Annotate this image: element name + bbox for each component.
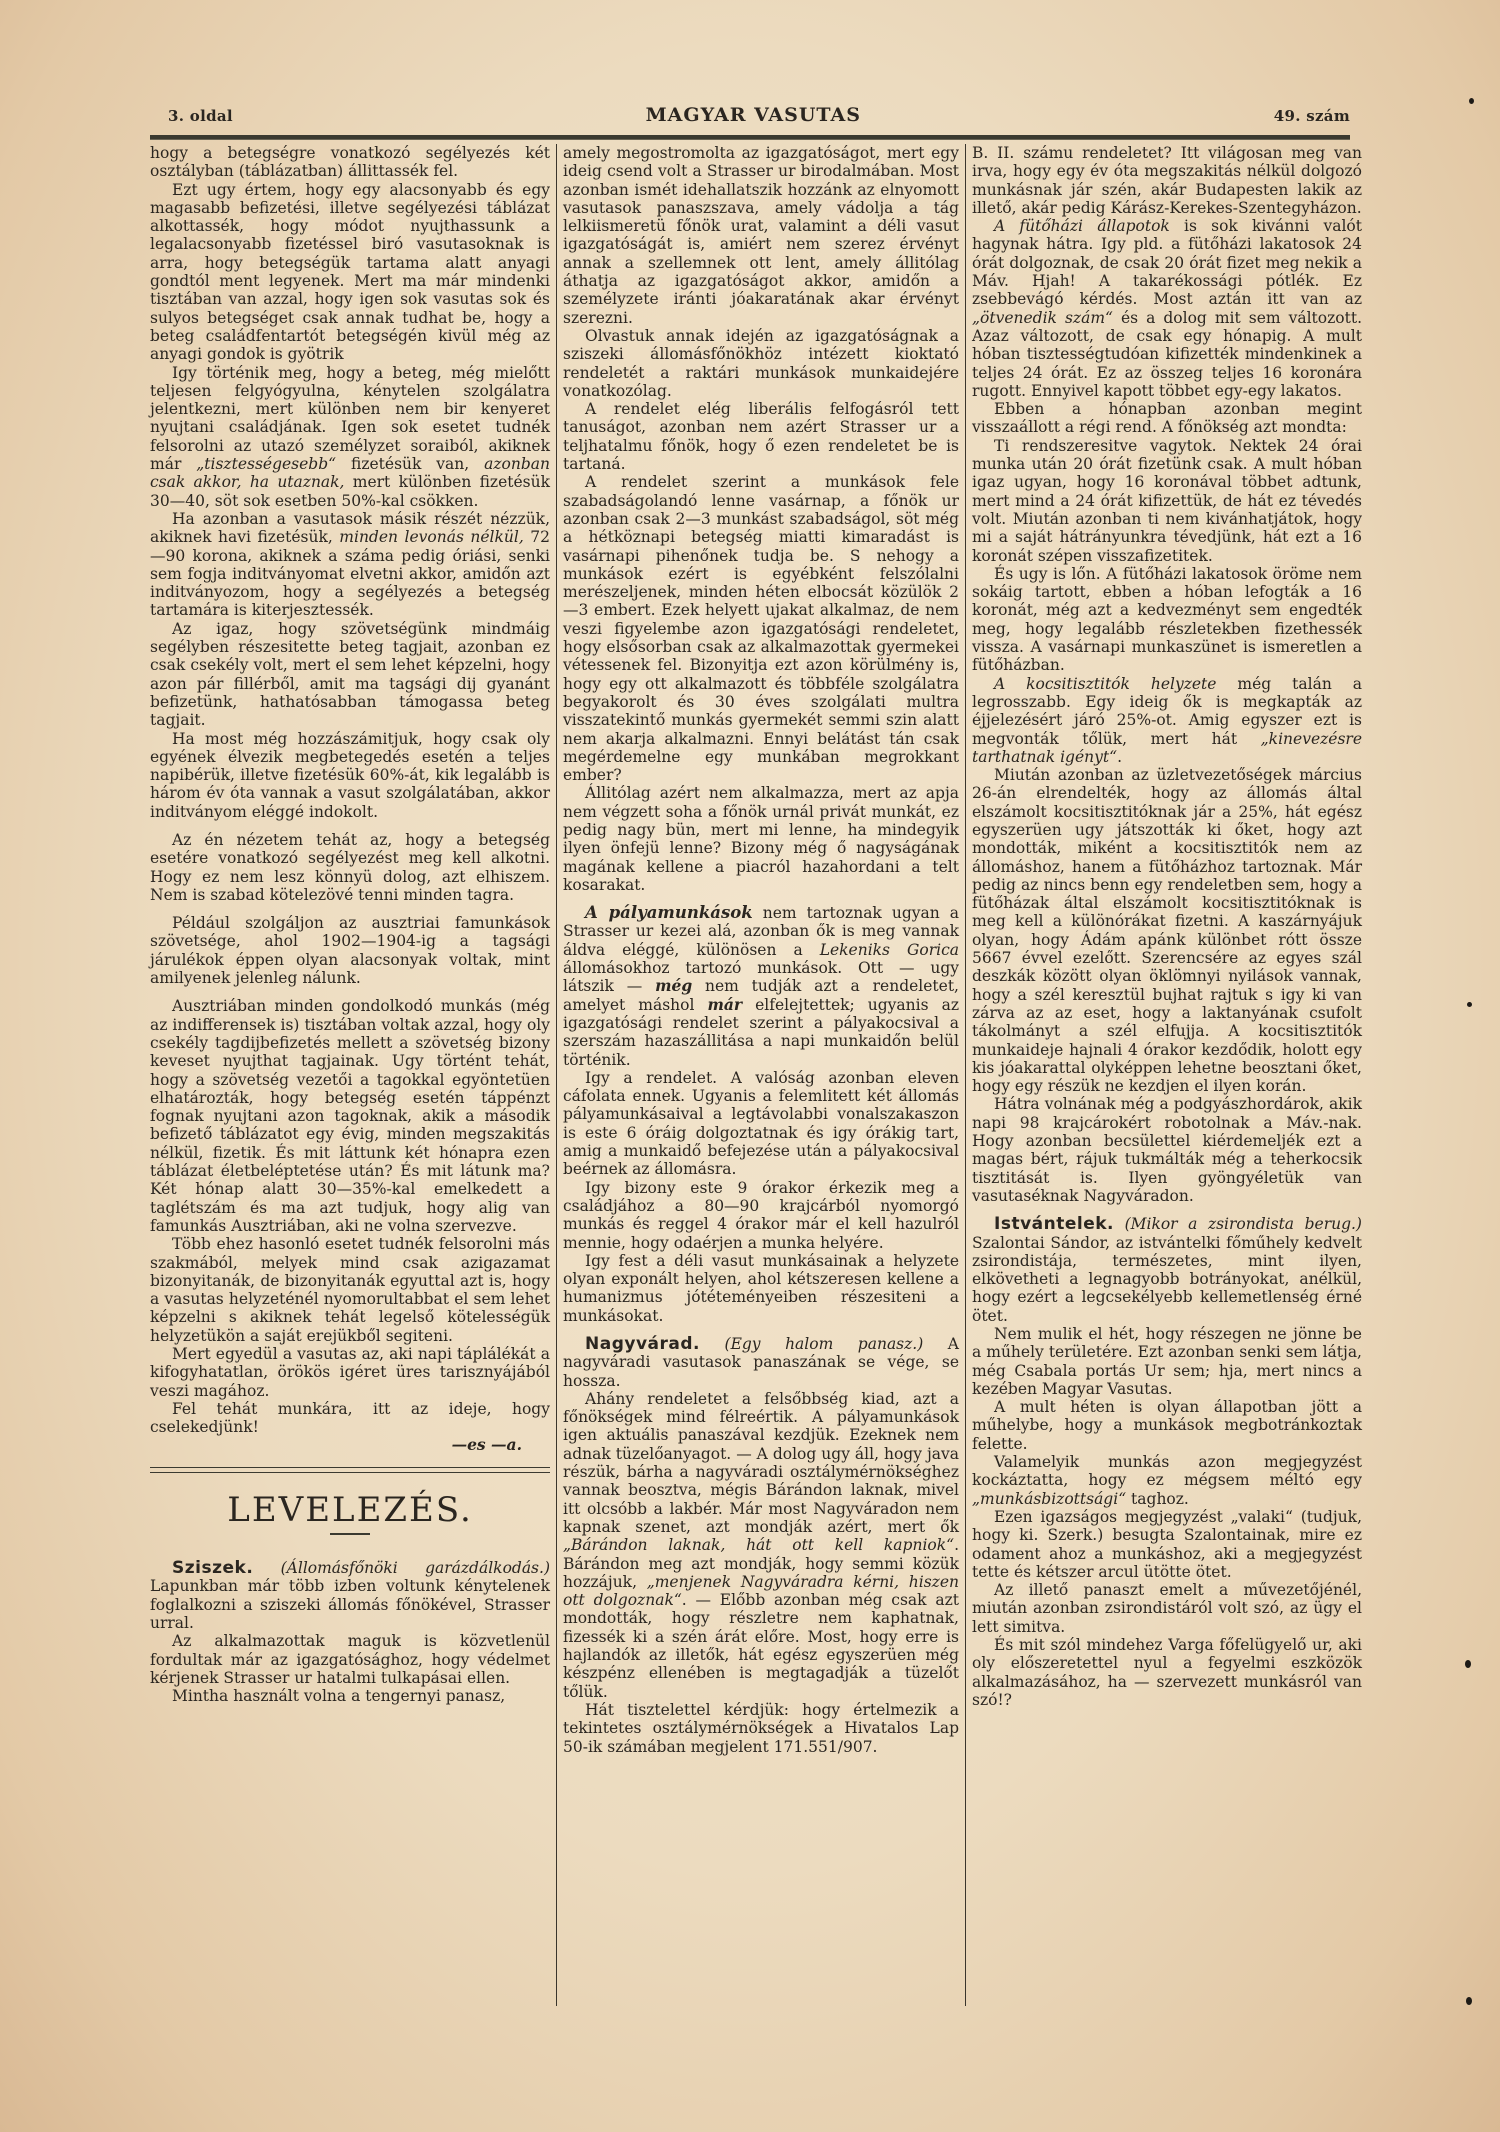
column-rule bbox=[965, 144, 966, 2006]
column-3: B. II. számu rendeletet? Itt világosan m… bbox=[972, 144, 1362, 2006]
column-1: hogy a betegségre vonatkozó segélyezés k… bbox=[150, 144, 550, 2006]
paragraph: Hát tisztelettel kérdjük: hogy értelmezi… bbox=[563, 1701, 959, 1756]
running-head: 3. oldal MAGYAR VASUTAS 49. szám bbox=[150, 104, 1350, 132]
paragraph: Hátra volnának még a podgyászhordárok, a… bbox=[972, 1095, 1362, 1205]
paragraph: Nem mulik el hét, hogy részegen ne jönne… bbox=[972, 1325, 1362, 1398]
paragraph: A mult héten is olyan állapotban jött a … bbox=[972, 1398, 1362, 1453]
paragraph: Igy történik meg, hogy a beteg, még miel… bbox=[150, 364, 550, 510]
paragraph: Valamelyik munkás azon megjegyzést kocká… bbox=[972, 1453, 1362, 1508]
paragraph: A pályamunkások nem tartoznak ugyan a St… bbox=[563, 904, 959, 1069]
subtitle: (Egy halom panasz.) bbox=[725, 1335, 924, 1353]
subtitle: (Mikor a zsirondista berug.) bbox=[1125, 1215, 1362, 1233]
paragraph: Nagyvárad. (Egy halom panasz.) A nagyvár… bbox=[563, 1335, 959, 1390]
author-signature: —es —a. bbox=[150, 1436, 550, 1454]
paper-speck bbox=[1469, 98, 1474, 104]
paper-speck bbox=[1466, 1997, 1472, 2005]
dateline-nagyvarad: Nagyvárad. bbox=[585, 1334, 700, 1354]
paragraph: Ti rendszeresitve vagytok. Nektek 24 óra… bbox=[972, 437, 1362, 565]
paragraph: Több ehez hasonló esetet tudnék felsorol… bbox=[150, 1235, 550, 1345]
column-rule bbox=[556, 144, 557, 2006]
heading-rule bbox=[330, 1533, 370, 1535]
paragraph: Mert egyedül a vasutas az, aki napi tápl… bbox=[150, 1345, 550, 1400]
paragraph: Ha most még hozzászámitjuk, hogy csak ol… bbox=[150, 730, 550, 821]
paragraph: A kocsitisztitók helyzete még talán a le… bbox=[972, 675, 1362, 766]
page-number: 3. oldal bbox=[150, 107, 233, 125]
paragraph: Ezt ugy értem, hogy egy alacsonyabb és e… bbox=[150, 181, 550, 364]
paper-speck bbox=[1467, 1002, 1472, 1007]
paragraph: Ezen igazságos megjegyzést „valaki“ (tud… bbox=[972, 1508, 1362, 1581]
paragraph: A rendelet szerint a munkások fele szaba… bbox=[563, 473, 959, 784]
paragraph: A rendelet elég liberális felfogásról te… bbox=[563, 400, 959, 473]
paragraph: Ahány rendeletet a felsőbbség kiad, azt … bbox=[563, 1390, 959, 1701]
paragraph: Miután azonban az üzletvezetőségek márci… bbox=[972, 766, 1362, 1095]
dateline-sziszek: Sziszek. bbox=[172, 1558, 253, 1578]
paper-speck bbox=[1465, 1660, 1471, 1668]
paragraph: Az illető panaszt emelt a művezetőjénél,… bbox=[972, 1581, 1362, 1636]
paragraph: Sziszek. (Állomásfőnöki garázdálkodás.) … bbox=[150, 1559, 550, 1632]
paragraph: Például szolgáljon az ausztriai famunkás… bbox=[150, 914, 550, 987]
section-divider bbox=[150, 1467, 550, 1473]
paragraph: amely megostromolta az igazgatóságot, me… bbox=[563, 144, 959, 327]
paragraph: hogy a betegségre vonatkozó segélyezés k… bbox=[150, 144, 550, 181]
paragraph: Ha azonban a vasutasok másik részét nézz… bbox=[150, 510, 550, 620]
column-2: amely megostromolta az igazgatóságot, me… bbox=[563, 144, 959, 2006]
paragraph: B. II. számu rendeletet? Itt világosan m… bbox=[972, 144, 1362, 217]
paragraph: Ebben a hónapban azonban megint visszaál… bbox=[972, 400, 1362, 437]
article-columns: hogy a betegségre vonatkozó segélyezés k… bbox=[150, 144, 1350, 2006]
paragraph: És ugy is lőn. A fütőházi lakatosok öröm… bbox=[972, 565, 1362, 675]
paragraph: Állitólag azért nem alkalmazza, mert az … bbox=[563, 784, 959, 894]
dateline-istvantelek: Istvántelek. bbox=[994, 1214, 1114, 1234]
paragraph: Mintha használt volna a tengernyi panasz… bbox=[150, 1687, 550, 1705]
paragraph: Igy fest a déli vasut munkásainak a hely… bbox=[563, 1252, 959, 1325]
paragraph: Ausztriában minden gondolkodó munkás (mé… bbox=[150, 997, 550, 1235]
paragraph: Istvántelek. (Mikor a zsirondista berug.… bbox=[972, 1215, 1362, 1325]
subtitle: (Állomásfőnöki garázdálkodás.) bbox=[281, 1559, 550, 1577]
issue-number: 49. szám bbox=[1274, 107, 1350, 125]
paragraph: Olvastuk annak idején az igazgatóságnak … bbox=[563, 327, 959, 400]
paragraph: Az én nézetem tehát az, hogy a betegség … bbox=[150, 831, 550, 904]
paragraph: Igy a rendelet. A valóság azonban eleven… bbox=[563, 1069, 959, 1179]
paragraph: Az alkalmazottak maguk is közvetlenül fo… bbox=[150, 1632, 550, 1687]
paragraph: Igy bizony este 9 órakor érkezik meg a c… bbox=[563, 1179, 959, 1252]
masthead-title: MAGYAR VASUTAS bbox=[646, 104, 861, 126]
paragraph: Fel tehát munkára, itt az ideje, hogy cs… bbox=[150, 1400, 550, 1437]
paragraph: Az igaz, hogy szövetségünk mindmáig segé… bbox=[150, 620, 550, 730]
paragraph: A fütőházi állapotok is sok kivánni való… bbox=[972, 217, 1362, 400]
newspaper-page: 3. oldal MAGYAR VASUTAS 49. szám hogy a … bbox=[150, 104, 1350, 2006]
paragraph: És mit szól mindehez Varga főfelügyelő u… bbox=[972, 1636, 1362, 1709]
section-heading-levelezes: LEVELEZÉS. bbox=[150, 1501, 550, 1519]
header-rule bbox=[150, 135, 1350, 140]
